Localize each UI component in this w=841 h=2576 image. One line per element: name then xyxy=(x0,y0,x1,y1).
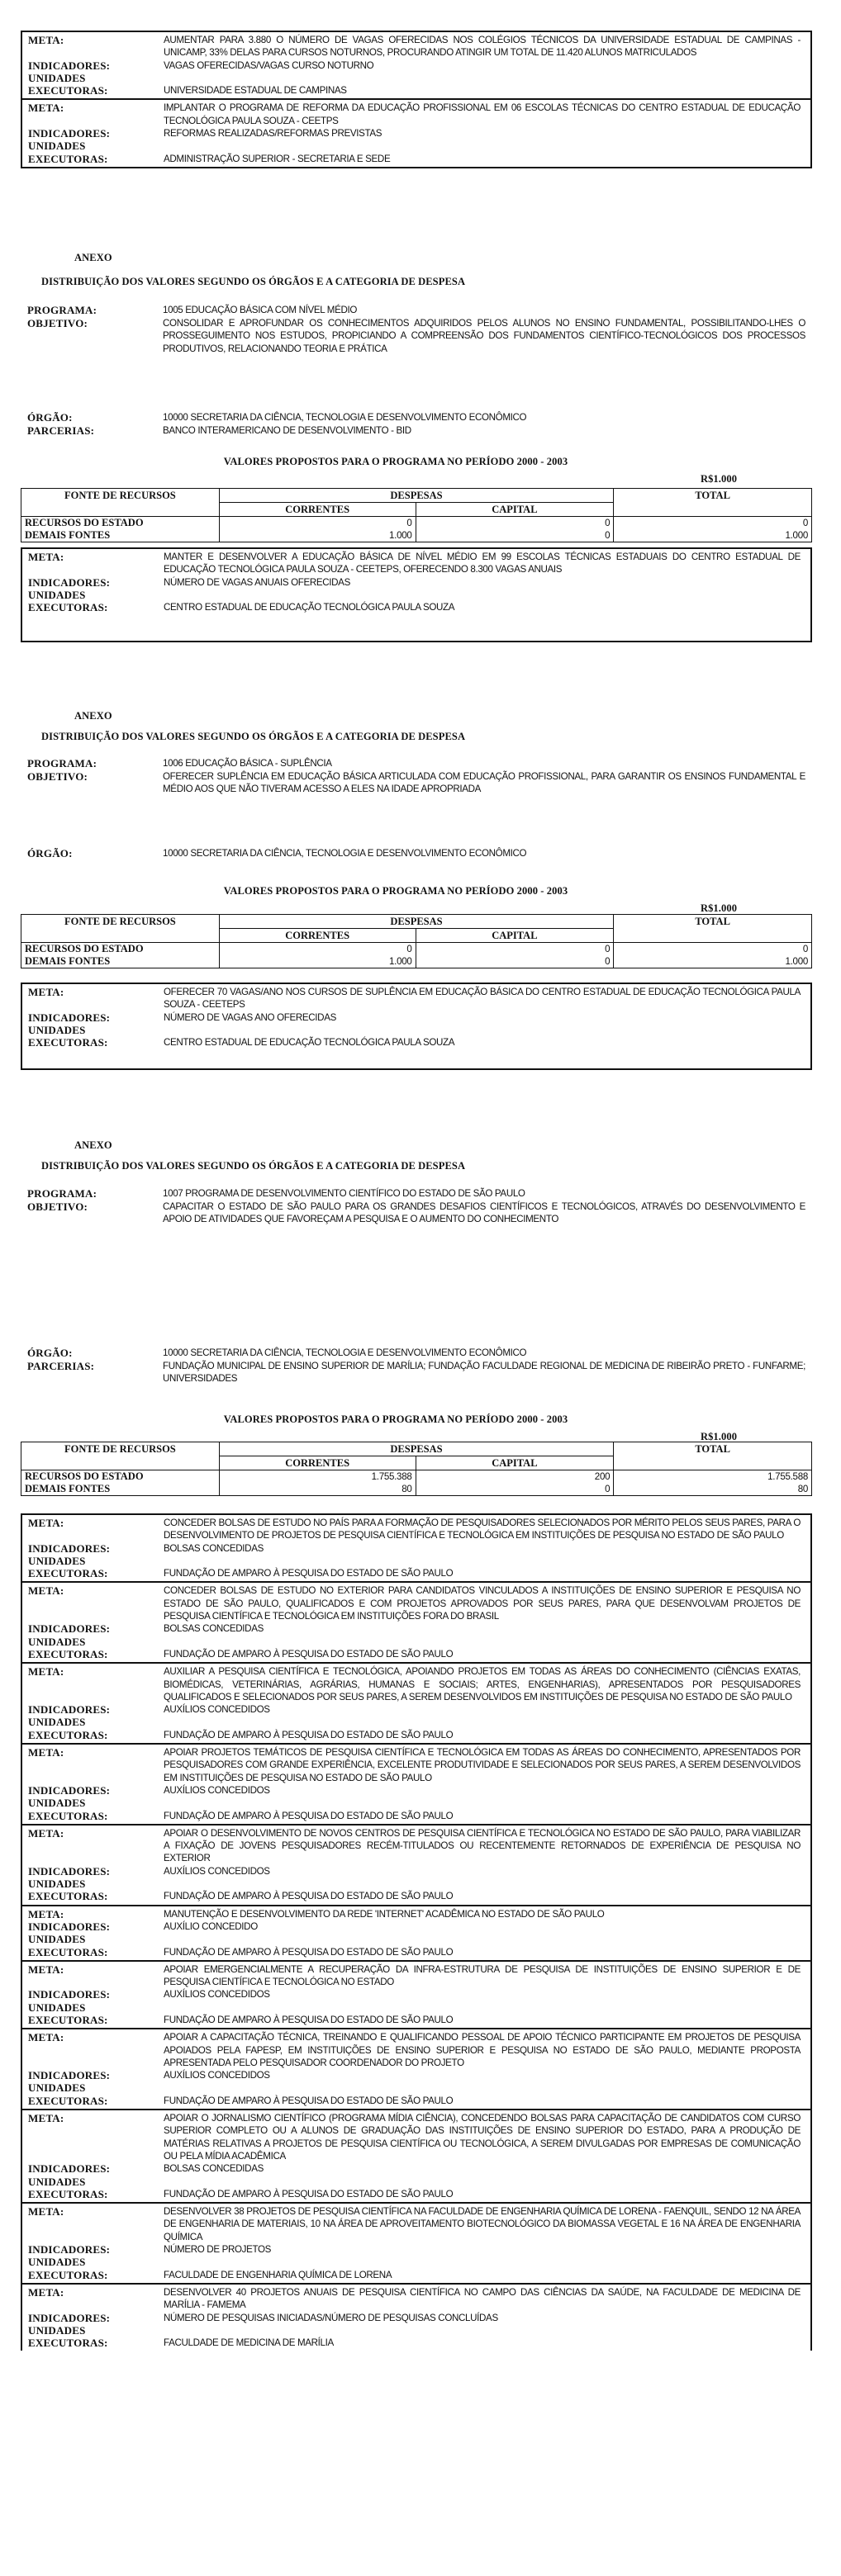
indicadores-value: AUXÍLIOS CONCEDIDOS xyxy=(164,1865,801,1878)
meta-label: META: xyxy=(28,2031,164,2069)
objetivo-value: OFERECER SUPLÊNCIA EM EDUCAÇÃO BÁSICA AR… xyxy=(163,770,812,796)
anexo-heading: ANEXO xyxy=(74,710,112,722)
objetivo-label: OBJETIVO: xyxy=(27,1200,163,1226)
total-value: 0 xyxy=(614,517,812,530)
meta-value: MANTER E DESENVOLVER A EDUCAÇÃO BÁSICA D… xyxy=(164,551,801,576)
meta-entry: META:DESENVOLVER 40 PROJETOS ANUAIS DE P… xyxy=(22,2283,810,2351)
executoras-value: FUNDAÇÃO DE AMPARO À PESQUISA DO ESTADO … xyxy=(164,1567,801,1579)
executoras-value: FACULDADE DE ENGENHARIA QUÍMICA DE LOREN… xyxy=(164,2269,801,2281)
meta-label: META: xyxy=(28,2112,164,2162)
unidades-label: UNIDADES xyxy=(28,1933,164,1945)
source-name: DEMAIS FONTES xyxy=(21,529,220,542)
indicadores-label: INDICADORES: xyxy=(28,2312,164,2324)
header-correntes: CORRENTES xyxy=(219,929,416,943)
finance-table: FONTE DE RECURSOSDESPESASTOTALCORRENTESC… xyxy=(21,914,812,968)
source-name: RECURSOS DO ESTADO xyxy=(21,1470,220,1484)
indicadores-value: NÚMERO DE PESQUISAS INICIADAS/NÚMERO DE … xyxy=(164,2312,801,2324)
executoras-value: UNIVERSIDADE ESTADUAL DE CAMPINAS xyxy=(164,84,801,97)
table-row: DEMAIS FONTES1.00001.000 xyxy=(21,955,812,968)
orgao-label: ÓRGÃO: xyxy=(27,411,163,424)
source-name: DEMAIS FONTES xyxy=(21,1483,220,1496)
valores-title: VALORES PROPOSTOS PARA O PROGRAMA NO PER… xyxy=(0,885,841,897)
objetivo-value: CONSOLIDAR E APROFUNDAR OS CONHECIMENTOS… xyxy=(163,317,812,356)
executoras-label: EXECUTORAS: xyxy=(28,153,164,165)
meta-value: CONCEDER BOLSAS DE ESTUDO NO EXTERIOR PA… xyxy=(164,1584,801,1622)
executoras-value: FUNDAÇÃO DE AMPARO À PESQUISA DO ESTADO … xyxy=(164,2095,801,2107)
source-name: DEMAIS FONTES xyxy=(21,955,220,968)
indicadores-value: AUXÍLIOS CONCEDIDOS xyxy=(164,1784,801,1797)
meta-value: APOIAR A CAPACITAÇÃO TÉCNICA, TREINANDO … xyxy=(164,2031,801,2069)
correntes-value: 0 xyxy=(219,517,416,530)
executoras-label: EXECUTORAS: xyxy=(28,1946,164,1958)
meta-value: APOIAR O JORNALISMO CIENTÍFICO (PROGRAMA… xyxy=(164,2112,801,2162)
total-value: 1.755.588 xyxy=(614,1470,812,1484)
indicadores-label: INDICADORES: xyxy=(28,1865,164,1878)
programa-value: 1006 EDUCAÇÃO BÁSICA - SUPLÊNCIA xyxy=(163,757,812,770)
programa-label: PROGRAMA: xyxy=(27,304,163,317)
executoras-value: FUNDAÇÃO DE AMPARO À PESQUISA DO ESTADO … xyxy=(164,1890,801,1902)
indicadores-label: INDICADORES: xyxy=(28,1988,164,2001)
meta-entry: META:IMPLANTAR O PROGRAMA DE REFORMA DA … xyxy=(22,98,810,166)
executoras-label: EXECUTORAS: xyxy=(28,2269,164,2281)
anexo-heading: ANEXO xyxy=(74,1139,112,1152)
meta-entry: META:DESENVOLVER 38 PROJETOS DE PESQUISA… xyxy=(22,2202,810,2283)
total-value: 80 xyxy=(614,1483,812,1496)
indicadores-value: NÚMERO DE VAGAS ANUAIS OFERECIDAS xyxy=(164,576,801,589)
header-despesas: DESPESAS xyxy=(219,915,614,929)
table-row: DEMAIS FONTES1.00001.000 xyxy=(21,529,812,542)
valores-title: VALORES PROPOSTOS PARA O PROGRAMA NO PER… xyxy=(0,1413,841,1426)
header-total: TOTAL xyxy=(614,489,812,517)
meta-label: META: xyxy=(28,1665,164,1703)
correntes-value: 1.755.388 xyxy=(219,1470,416,1484)
distribution-heading: DISTRIBUIÇÃO DOS VALORES SEGUNDO OS ÓRGÃ… xyxy=(41,731,465,743)
table-row: DEMAIS FONTES80080 xyxy=(21,1483,812,1496)
indicadores-label: INDICADORES: xyxy=(28,2243,164,2256)
indicadores-label: INDICADORES: xyxy=(28,2069,164,2081)
executoras-value: FUNDAÇÃO DE AMPARO À PESQUISA DO ESTADO … xyxy=(164,1648,801,1660)
objetivo-value: CAPACITAR O ESTADO DE SÃO PAULO PARA OS … xyxy=(163,1200,812,1226)
header-fonte: FONTE DE RECURSOS xyxy=(21,1442,220,1470)
meta-value: DESENVOLVER 40 PROJETOS ANUAIS DE PESQUI… xyxy=(164,2286,801,2312)
unidades-label: UNIDADES xyxy=(28,1555,164,1567)
objetivo-label: OBJETIVO: xyxy=(27,770,163,796)
orgao-info-1007: ÓRGÃO:10000 SECRETARIA DA CIÊNCIA, TECNO… xyxy=(27,1347,812,1385)
header-fonte: FONTE DE RECURSOS xyxy=(21,489,220,517)
orgao-value: 10000 SECRETARIA DA CIÊNCIA, TECNOLOGIA … xyxy=(163,847,812,860)
indicadores-value: REFORMAS REALIZADAS/REFORMAS PREVISTAS xyxy=(164,127,801,140)
header-capital: CAPITAL xyxy=(416,929,614,943)
total-value: 1.000 xyxy=(614,955,812,968)
header-despesas: DESPESAS xyxy=(219,489,614,503)
indicadores-label: INDICADORES: xyxy=(28,1784,164,1797)
unidades-label: UNIDADES xyxy=(28,140,164,152)
executoras-label: EXECUTORAS: xyxy=(28,1890,164,1902)
header-fonte: FONTE DE RECURSOS xyxy=(21,915,220,943)
executoras-label: EXECUTORAS: xyxy=(28,2095,164,2107)
table-row: RECURSOS DO ESTADO000 xyxy=(21,943,812,956)
executoras-value: CENTRO ESTADUAL DE EDUCAÇÃO TECNOLÓGICA … xyxy=(164,1036,801,1049)
executoras-value: FUNDAÇÃO DE AMPARO À PESQUISA DO ESTADO … xyxy=(164,2014,801,2026)
indicadores-label: INDICADORES: xyxy=(28,1622,164,1635)
capital-value: 200 xyxy=(416,1470,614,1484)
indicadores-label: INDICADORES: xyxy=(28,576,164,589)
indicadores-label: INDICADORES: xyxy=(28,2162,164,2175)
indicadores-label: INDICADORES: xyxy=(28,127,164,140)
parcerias-label: PARCERIAS: xyxy=(27,1360,163,1385)
executoras-value: FACULDADE DE MEDICINA DE MARÍLIA xyxy=(164,2337,801,2349)
executoras-label: EXECUTORAS: xyxy=(28,2337,164,2349)
meta-entry: META:APOIAR O JORNALISMO CIENTÍFICO (PRO… xyxy=(22,2109,810,2202)
executoras-label: EXECUTORAS: xyxy=(28,2014,164,2026)
meta-entry: META:OFERECER 70 VAGAS/ANO NOS CURSOS DE… xyxy=(22,984,810,1050)
table-row: RECURSOS DO ESTADO1.755.3882001.755.588 xyxy=(21,1470,812,1484)
valores-title: VALORES PROPOSTOS PARA O PROGRAMA NO PER… xyxy=(0,456,841,468)
indicadores-label: INDICADORES: xyxy=(28,1920,164,1933)
source-name: RECURSOS DO ESTADO xyxy=(21,943,220,956)
meta-value: APOIAR PROJETOS TEMÁTICOS DE PESQUISA CI… xyxy=(164,1746,801,1784)
meta-label: META: xyxy=(28,1963,164,1989)
unidades-label: UNIDADES xyxy=(28,1024,164,1036)
correntes-value: 1.000 xyxy=(219,529,416,542)
meta-box-1005: META:MANTER E DESENVOLVER A EDUCAÇÃO BÁS… xyxy=(21,547,812,642)
unidades-label: UNIDADES xyxy=(28,1636,164,1648)
indicadores-label: INDICADORES: xyxy=(28,59,164,72)
total-value: 0 xyxy=(614,943,812,956)
unidades-label: UNIDADES xyxy=(28,1716,164,1728)
executoras-value: ADMINISTRAÇÃO SUPERIOR - SECRETARIA E SE… xyxy=(164,153,801,165)
executoras-label: EXECUTORAS: xyxy=(28,84,164,97)
parcerias-value: BANCO INTERAMERICANO DE DESENVOLVIMENTO … xyxy=(163,424,812,438)
unidades-label: UNIDADES xyxy=(28,2324,164,2337)
program-info-1007: PROGRAMA:1007 PROGRAMA DE DESENVOLVIMENT… xyxy=(27,1187,812,1226)
unidades-label: UNIDADES xyxy=(28,72,164,84)
unidades-label: UNIDADES xyxy=(28,2176,164,2188)
meta-value: CONCEDER BOLSAS DE ESTUDO NO PAÍS PARA A… xyxy=(164,1517,801,1542)
meta-value: IMPLANTAR O PROGRAMA DE REFORMA DA EDUCA… xyxy=(164,102,801,127)
capital-value: 0 xyxy=(416,943,614,956)
meta-entry: META:MANTER E DESENVOLVER A EDUCAÇÃO BÁS… xyxy=(22,549,810,615)
currency-unit: R$1.000 xyxy=(677,902,760,915)
meta-label: META: xyxy=(28,2286,164,2312)
capital-value: 0 xyxy=(416,1483,614,1496)
finance-table: FONTE DE RECURSOSDESPESASTOTALCORRENTESC… xyxy=(21,488,812,542)
header-correntes: CORRENTES xyxy=(219,503,416,517)
orgao-value: 10000 SECRETARIA DA CIÊNCIA, TECNOLOGIA … xyxy=(163,411,812,424)
parcerias-value: FUNDAÇÃO MUNICIPAL DE ENSINO SUPERIOR DE… xyxy=(163,1360,812,1385)
meta-label: META: xyxy=(28,551,164,576)
meta-box-top: META:AUMENTAR PARA 3.880 O NÚMERO DE VAG… xyxy=(21,31,812,168)
meta-label: META: xyxy=(28,34,164,59)
executoras-label: EXECUTORAS: xyxy=(28,1729,164,1741)
program-info-1006: PROGRAMA:1006 EDUCAÇÃO BÁSICA - SUPLÊNCI… xyxy=(27,757,812,796)
meta-box-1007: META:CONCEDER BOLSAS DE ESTUDO NO PAÍS P… xyxy=(21,1513,812,2351)
orgao-info-1005: ÓRGÃO:10000 SECRETARIA DA CIÊNCIA, TECNO… xyxy=(27,411,812,437)
programa-label: PROGRAMA: xyxy=(27,1187,163,1200)
meta-label: META: xyxy=(28,1746,164,1784)
executoras-label: EXECUTORAS: xyxy=(28,1648,164,1660)
indicadores-value: VAGAS OFERECIDAS/VAGAS CURSO NOTURNO xyxy=(164,59,801,72)
unidades-label: UNIDADES xyxy=(28,1797,164,1809)
indicadores-label: INDICADORES: xyxy=(28,1703,164,1716)
indicadores-value: NÚMERO DE VAGAS ANO OFERECIDAS xyxy=(164,1011,801,1024)
header-capital: CAPITAL xyxy=(416,1456,614,1470)
header-capital: CAPITAL xyxy=(416,503,614,517)
distribution-heading: DISTRIBUIÇÃO DOS VALORES SEGUNDO OS ÓRGÃ… xyxy=(41,1160,465,1172)
meta-entry: META:CONCEDER BOLSAS DE ESTUDO NO EXTERI… xyxy=(22,1581,810,1662)
orgao-label: ÓRGÃO: xyxy=(27,1347,163,1360)
executoras-value: CENTRO ESTADUAL DE EDUCAÇÃO TECNOLÓGICA … xyxy=(164,601,801,613)
header-despesas: DESPESAS xyxy=(219,1442,614,1456)
indicadores-label: INDICADORES: xyxy=(28,1542,164,1555)
correntes-value: 0 xyxy=(219,943,416,956)
meta-value: APOIAR EMERGENCIALMENTE A RECUPERAÇÃO DA… xyxy=(164,1963,801,1989)
meta-entry: META:APOIAR A CAPACITAÇÃO TÉCNICA, TREIN… xyxy=(22,2028,810,2109)
orgao-value: 10000 SECRETARIA DA CIÊNCIA, TECNOLOGIA … xyxy=(163,1347,812,1360)
currency-unit: R$1.000 xyxy=(677,473,760,485)
meta-value: MANUTENÇÃO E DESENVOLVIMENTO DA REDE 'IN… xyxy=(164,1908,801,1920)
orgao-label: ÓRGÃO: xyxy=(27,847,163,860)
executoras-value: FUNDAÇÃO DE AMPARO À PESQUISA DO ESTADO … xyxy=(164,1729,801,1741)
source-name: RECURSOS DO ESTADO xyxy=(21,517,220,530)
orgao-info-1006: ÓRGÃO:10000 SECRETARIA DA CIÊNCIA, TECNO… xyxy=(27,847,812,860)
meta-entry: META:AUMENTAR PARA 3.880 O NÚMERO DE VAG… xyxy=(22,32,810,98)
programa-value: 1007 PROGRAMA DE DESENVOLVIMENTO CIENTÍF… xyxy=(163,1187,812,1200)
meta-value: APOIAR O DESENVOLVIMENTO DE NOVOS CENTRO… xyxy=(164,1827,801,1865)
meta-label: META: xyxy=(28,1584,164,1622)
header-total: TOTAL xyxy=(614,1442,812,1470)
parcerias-label: PARCERIAS: xyxy=(27,424,163,438)
indicadores-label: INDICADORES: xyxy=(28,1011,164,1024)
unidades-label: UNIDADES xyxy=(28,2256,164,2268)
meta-label: META: xyxy=(28,1827,164,1865)
meta-label: META: xyxy=(28,1517,164,1542)
indicadores-value: AUXÍLIOS CONCEDIDOS xyxy=(164,1703,801,1716)
capital-value: 0 xyxy=(416,517,614,530)
anexo-heading: ANEXO xyxy=(74,252,112,264)
meta-label: META: xyxy=(28,102,164,127)
programa-label: PROGRAMA: xyxy=(27,757,163,770)
programa-value: 1005 EDUCAÇÃO BÁSICA COM NÍVEL MÉDIO xyxy=(163,304,812,317)
meta-value: DESENVOLVER 38 PROJETOS DE PESQUISA CIEN… xyxy=(164,2205,801,2243)
total-value: 1.000 xyxy=(614,529,812,542)
indicadores-value: BOLSAS CONCEDIDAS xyxy=(164,1622,801,1635)
indicadores-value: AUXÍLIOS CONCEDIDOS xyxy=(164,2069,801,2081)
executoras-value: FUNDAÇÃO DE AMPARO À PESQUISA DO ESTADO … xyxy=(164,2188,801,2200)
meta-box-1006: META:OFERECER 70 VAGAS/ANO NOS CURSOS DE… xyxy=(21,983,812,1070)
header-correntes: CORRENTES xyxy=(219,1456,416,1470)
executoras-value: FUNDAÇÃO DE AMPARO À PESQUISA DO ESTADO … xyxy=(164,1946,801,1958)
executoras-label: EXECUTORAS: xyxy=(28,1036,164,1049)
meta-label: META: xyxy=(28,2205,164,2243)
indicadores-value: BOLSAS CONCEDIDAS xyxy=(164,2162,801,2175)
finance-table: FONTE DE RECURSOSDESPESASTOTALCORRENTESC… xyxy=(21,1442,812,1496)
meta-value: OFERECER 70 VAGAS/ANO NOS CURSOS DE SUPL… xyxy=(164,986,801,1011)
program-info-1005: PROGRAMA:1005 EDUCAÇÃO BÁSICA COM NÍVEL … xyxy=(27,304,812,355)
meta-entry: META:CONCEDER BOLSAS DE ESTUDO NO PAÍS P… xyxy=(22,1515,810,1581)
meta-value: AUMENTAR PARA 3.880 O NÚMERO DE VAGAS OF… xyxy=(164,34,801,59)
meta-entry: META:APOIAR EMERGENCIALMENTE A RECUPERAÇ… xyxy=(22,1960,810,2028)
indicadores-value: AUXÍLIO CONCEDIDO xyxy=(164,1920,801,1933)
correntes-value: 1.000 xyxy=(219,955,416,968)
distribution-heading: DISTRIBUIÇÃO DOS VALORES SEGUNDO OS ÓRGÃ… xyxy=(41,276,465,288)
objetivo-label: OBJETIVO: xyxy=(27,317,163,356)
table-row: RECURSOS DO ESTADO000 xyxy=(21,517,812,530)
executoras-label: EXECUTORAS: xyxy=(28,1810,164,1822)
unidades-label: UNIDADES xyxy=(28,2081,164,2094)
executoras-label: EXECUTORAS: xyxy=(28,601,164,613)
unidades-label: UNIDADES xyxy=(28,2001,164,2014)
executoras-label: EXECUTORAS: xyxy=(28,2188,164,2200)
unidades-label: UNIDADES xyxy=(28,1878,164,1890)
header-total: TOTAL xyxy=(614,915,812,943)
meta-entry: META:AUXILIAR A PESQUISA CIENTÍFICA E TE… xyxy=(22,1662,810,1743)
indicadores-value: BOLSAS CONCEDIDAS xyxy=(164,1542,801,1555)
unidades-label: UNIDADES xyxy=(28,589,164,601)
executoras-value: FUNDAÇÃO DE AMPARO À PESQUISA DO ESTADO … xyxy=(164,1810,801,1822)
capital-value: 0 xyxy=(416,529,614,542)
meta-entry: META:MANUTENÇÃO E DESENVOLVIMENTO DA RED… xyxy=(22,1905,810,1960)
indicadores-value: AUXÍLIOS CONCEDIDOS xyxy=(164,1988,801,2001)
indicadores-value: NÚMERO DE PROJETOS xyxy=(164,2243,801,2256)
meta-label: META: xyxy=(28,1908,164,1920)
capital-value: 0 xyxy=(416,955,614,968)
meta-entry: META:APOIAR PROJETOS TEMÁTICOS DE PESQUI… xyxy=(22,1743,810,1824)
meta-label: META: xyxy=(28,986,164,1011)
executoras-label: EXECUTORAS: xyxy=(28,1567,164,1579)
meta-value: AUXILIAR A PESQUISA CIENTÍFICA E TECNOLÓ… xyxy=(164,1665,801,1703)
correntes-value: 80 xyxy=(219,1483,416,1496)
meta-entry: META:APOIAR O DESENVOLVIMENTO DE NOVOS C… xyxy=(22,1824,810,1905)
